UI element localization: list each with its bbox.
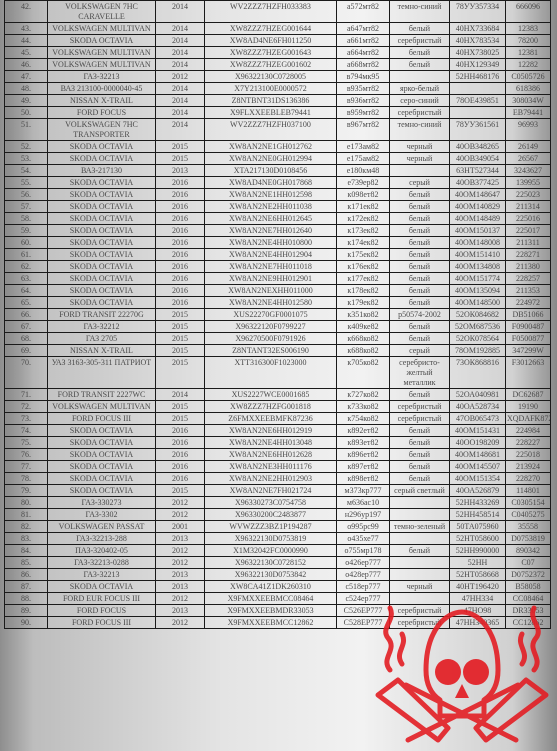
row-number: 48. xyxy=(5,83,48,95)
registration-number: 40ОМ148647 xyxy=(450,189,506,201)
plate-number: о755мр178 xyxy=(337,545,390,557)
vehicle-year: 2012 xyxy=(156,71,205,83)
vehicle-model: SKODA OCTAVIA xyxy=(48,297,156,309)
vehicle-year: 2015 xyxy=(156,345,205,357)
plate-number: е739ер82 xyxy=(337,177,390,189)
row-number: 61. xyxy=(5,249,48,261)
table-row: 42.VOLKSWAGEN 7HC CARAVELLE2014WV2ZZZ7HZ… xyxy=(5,1,551,23)
plate-number: к098ет82 xyxy=(337,189,390,201)
row-number: 59. xyxy=(5,225,48,237)
engine-code: 225023 xyxy=(506,189,551,201)
vehicle-model: ГАЗ-32212 xyxy=(48,321,156,333)
vehicle-year: 2012 xyxy=(156,557,205,569)
vehicle-year: 2016 xyxy=(156,213,205,225)
engine-code: XQDAFK87236 xyxy=(506,413,551,425)
vehicle-year: 2016 xyxy=(156,461,205,473)
registration-number: 47НН334 xyxy=(450,593,506,605)
table-row: 84.ПАЗ-320402-052012X1M32042FC0000990о75… xyxy=(5,545,551,557)
registration-number: 52НТ058600 xyxy=(450,533,506,545)
vehicle-color: черный xyxy=(390,141,450,153)
plate-number: к176ек82 xyxy=(337,261,390,273)
registration-number: 40ОВ349054 xyxy=(450,153,506,165)
table-row: 48.ВАЗ 213100-0000040-452014X7Y213100E00… xyxy=(5,83,551,95)
row-number: 44. xyxy=(5,35,48,47)
row-number: 71. xyxy=(5,389,48,401)
table-row: 46.VOLKSWAGEN MULTIVAN2014XW8ZZZ7HZEG001… xyxy=(5,59,551,71)
vin-number: XW8AD4NE6FH011250 xyxy=(205,35,337,47)
plate-number: к733ко82 xyxy=(337,401,390,413)
registration-number: 78УУ361561 xyxy=(450,119,506,141)
registration-number: 52НН990000 xyxy=(450,545,506,557)
row-number: 60. xyxy=(5,237,48,249)
plate-number: м373кр777 xyxy=(337,485,390,497)
vehicle-color: белый xyxy=(390,249,450,261)
plate-number: о435хе77 xyxy=(337,533,390,545)
vehicle-year: 2016 xyxy=(156,237,205,249)
vehicle-color: белый xyxy=(390,225,450,237)
table-row: 73.FORD FOCUS III2015Z6FMXXEEBMFK87236к7… xyxy=(5,413,551,425)
vehicle-model: SKODA OCTAVIA xyxy=(48,35,156,47)
engine-code: 3243627 xyxy=(506,165,551,177)
vehicle-model: ГАЗ-32213 xyxy=(48,71,156,83)
row-number: 77. xyxy=(5,461,48,473)
registration-number: 52НН458514 xyxy=(450,509,506,521)
vehicle-year: 2014 xyxy=(156,389,205,401)
plate-number: о995рс99 xyxy=(337,521,390,533)
row-number: 74. xyxy=(5,425,48,437)
row-number: 87. xyxy=(5,581,48,593)
vin-number: XW8AN2NE7FH021724 xyxy=(205,485,337,497)
registration-number: 40ОА526879 xyxy=(450,485,506,497)
vehicle-color: р50574-2002 xyxy=(390,309,450,321)
registration-number: 47НН340365 xyxy=(450,617,506,629)
row-number: 75. xyxy=(5,437,48,449)
engine-code: DR33053 xyxy=(506,605,551,617)
engine-code: 228257 xyxy=(506,273,551,285)
row-number: 42. xyxy=(5,1,48,23)
table-row: 63.SKODA OCTAVIA2016XW8AN2NE9HH012901к17… xyxy=(5,273,551,285)
row-number: 53. xyxy=(5,153,48,165)
vin-number: XW8CA41Z1DK260310 xyxy=(205,581,337,593)
vehicle-model: ГАЗ-32213-0288 xyxy=(48,557,156,569)
engine-code: 211311 xyxy=(506,237,551,249)
vehicle-color: ярко-белый xyxy=(390,83,450,95)
engine-code: 114801 xyxy=(506,485,551,497)
row-number: 72. xyxy=(5,401,48,413)
plate-number: в794мк95 xyxy=(337,71,390,83)
vehicle-color: белый xyxy=(390,333,450,345)
engine-code: 225016 xyxy=(506,213,551,225)
table-row: 77.SKODA OCTAVIA2016XW8AN2NE3HH011176к89… xyxy=(5,461,551,473)
row-number: 47. xyxy=(5,71,48,83)
table-row: 90.FORD FOCUS III2012X9FMXXEEBMCC12862С5… xyxy=(5,617,551,629)
row-number: 67. xyxy=(5,321,48,333)
vehicle-model: FORD TRANSIT 2227WC xyxy=(48,389,156,401)
row-number: 85. xyxy=(5,557,48,569)
vin-number: XW8AD4NE0GH017868 xyxy=(205,177,337,189)
vehicle-year: 2016 xyxy=(156,249,205,261)
vehicle-model: NISSAN X-TRAIL xyxy=(48,345,156,357)
plate-number: о426ер777 xyxy=(337,557,390,569)
plate-number: к896ет82 xyxy=(337,449,390,461)
engine-code: 224972 xyxy=(506,297,551,309)
plate-number: к754ко82 xyxy=(337,413,390,425)
vehicle-year: 2012 xyxy=(156,497,205,509)
plate-number: к173ек82 xyxy=(337,225,390,237)
vehicle-color xyxy=(390,165,450,177)
vehicle-table: 42.VOLKSWAGEN 7HC CARAVELLE2014WV2ZZZ7HZ… xyxy=(4,0,551,629)
table-row: 69.NISSAN X-TRAIL2015Z8NTANT32ES006190к6… xyxy=(5,345,551,357)
row-number: 55. xyxy=(5,177,48,189)
vin-number: XW8AN2NE7HH012640 xyxy=(205,225,337,237)
vehicle-color: серый светлый xyxy=(390,485,450,497)
vehicle-color: белый xyxy=(390,545,450,557)
vehicle-model: FORD FOCUS xyxy=(48,605,156,617)
plate-number: к892ет82 xyxy=(337,425,390,437)
registration-number: 40ОВ348265 xyxy=(450,141,506,153)
registration-number: 40ОА528734 xyxy=(450,401,506,413)
vehicle-year: 2013 xyxy=(156,605,205,617)
vehicle-model: SKODA OCTAVIA xyxy=(48,261,156,273)
plate-number: а647мт82 xyxy=(337,23,390,35)
table-row: 54.ВАЗ-2171302013XTA217130D0108456е180км… xyxy=(5,165,551,177)
vehicle-year: 2015 xyxy=(156,485,205,497)
vehicle-model: SKODA OCTAVIA xyxy=(48,485,156,497)
vehicle-model: FORD FOCUS xyxy=(48,107,156,119)
vehicle-year: 2016 xyxy=(156,285,205,297)
vin-number: X96322130C0728152 xyxy=(205,557,337,569)
row-number: 43. xyxy=(5,23,48,35)
vehicle-model: SKODA OCTAVIA xyxy=(48,141,156,153)
vehicle-year: 2016 xyxy=(156,297,205,309)
engine-code: 211314 xyxy=(506,201,551,213)
engine-code: 26149 xyxy=(506,141,551,153)
plate-number: к171ек82 xyxy=(337,201,390,213)
engine-code: 347299W xyxy=(506,345,551,357)
vehicle-year: 2016 xyxy=(156,261,205,273)
vehicle-model: FORD EUR FOCUS III xyxy=(48,593,156,605)
vehicle-color: темно-синий xyxy=(390,119,450,141)
vin-number: XW8ZZZ7HZFG001818 xyxy=(205,401,337,413)
engine-code: 225018 xyxy=(506,449,551,461)
vehicle-year: 2015 xyxy=(156,357,205,389)
registration-number: 52ОМ687536 xyxy=(450,321,506,333)
vehicle-model: VOLKSWAGEN 7HC CARAVELLE xyxy=(48,1,156,23)
vin-number: XW8ZZZ7HZEG001602 xyxy=(205,59,337,71)
vehicle-model: ГАЗ-330273 xyxy=(48,497,156,509)
vehicle-color: белый xyxy=(390,297,450,309)
engine-code: 139955 xyxy=(506,177,551,189)
engine-code: С0505726 xyxy=(506,71,551,83)
vehicle-color xyxy=(390,557,450,569)
row-number: 70. xyxy=(5,357,48,389)
vehicle-year: 2014 xyxy=(156,59,205,71)
table-row: 43.VOLKSWAGEN MULTIVAN2014XW8ZZZ7HZEG001… xyxy=(5,23,551,35)
registration-number: 40ОМ150137 xyxy=(450,225,506,237)
row-number: 63. xyxy=(5,273,48,285)
registration-number: 78ОМ192885 xyxy=(450,345,506,357)
registration-number: 40ОМ134808 xyxy=(450,261,506,273)
table-row: 56.SKODA OCTAVIA2016XW8AN2NE1HH012598к09… xyxy=(5,189,551,201)
registration-number: 47ОВ065473 xyxy=(450,413,506,425)
plate-number: к177ек82 xyxy=(337,273,390,285)
engine-code: 78200 xyxy=(506,35,551,47)
engine-code: DB51066 xyxy=(506,309,551,321)
table-row: 83.ГАЗ-32213-2882013X96322130D0753819о43… xyxy=(5,533,551,545)
engine-code: F3012663 xyxy=(506,357,551,389)
plate-number: к172ек82 xyxy=(337,213,390,225)
table-row: 80.ГАЗ-3302732012X96330273C0754758м636ас… xyxy=(5,497,551,509)
plate-number: к688ко82 xyxy=(337,345,390,357)
plate-number: к727ко82 xyxy=(337,389,390,401)
vehicle-model: SKODA OCTAVIA xyxy=(48,461,156,473)
vehicle-color: серебристый xyxy=(390,617,450,629)
vehicle-color xyxy=(390,533,450,545)
plate-number: с518ер777 xyxy=(337,581,390,593)
engine-code: 666096 xyxy=(506,1,551,23)
registration-number: 52НН xyxy=(450,557,506,569)
vehicle-year: 2016 xyxy=(156,473,205,485)
vehicle-model: FORD FOCUS III xyxy=(48,617,156,629)
vin-number: XW8AN2NE6HH012628 xyxy=(205,449,337,461)
vehicle-color: белый xyxy=(390,437,450,449)
engine-code: 35558 xyxy=(506,521,551,533)
vin-number: XTT316300F1023000 xyxy=(205,357,337,389)
vin-number: XW8AN2NE1HH012598 xyxy=(205,189,337,201)
vehicle-color: белый xyxy=(390,425,450,437)
vehicle-year: 2001 xyxy=(156,521,205,533)
vehicle-year: 2016 xyxy=(156,425,205,437)
engine-code: CC08464 xyxy=(506,593,551,605)
vehicle-model: SKODA OCTAVIA xyxy=(48,437,156,449)
plate-number: в935мт82 xyxy=(337,83,390,95)
row-number: 76. xyxy=(5,449,48,461)
vin-number: XW8AN2NEXHH011000 xyxy=(205,285,337,297)
vehicle-model: VOLKSWAGEN MULTIVAN xyxy=(48,59,156,71)
vin-number: Z8NTBNT31DS136386 xyxy=(205,95,337,107)
vehicle-year: 2014 xyxy=(156,107,205,119)
vehicle-list-sheet: 42.VOLKSWAGEN 7HC CARAVELLE2014WV2ZZZ7HZ… xyxy=(4,0,550,629)
vehicle-model: ГАЗ-32213-288 xyxy=(48,533,156,545)
vehicle-model: SKODA OCTAVIA xyxy=(48,225,156,237)
vehicle-year: 2012 xyxy=(156,617,205,629)
plate-number: к897ет82 xyxy=(337,461,390,473)
vin-number: X1M32042FC0000990 xyxy=(205,545,337,557)
plate-number: к409ке82 xyxy=(337,321,390,333)
plate-number: с524ер777 xyxy=(337,593,390,605)
vehicle-color: белый xyxy=(390,389,450,401)
table-row: 52.SKODA OCTAVIA2015XW8AN2NE1GH012762е17… xyxy=(5,141,551,153)
table-row: 59.SKODA OCTAVIA2016XW8AN2NE7HH012640к17… xyxy=(5,225,551,237)
table-row: 71.FORD TRANSIT 2227WC2014XUS2227WCE0001… xyxy=(5,389,551,401)
vehicle-color: белый xyxy=(390,189,450,201)
vehicle-model: VOLKSWAGEN 7HC TRANSPORTER xyxy=(48,119,156,141)
vehicle-color: темно-зеленый xyxy=(390,521,450,533)
vin-number: X96322130D0753819 xyxy=(205,533,337,545)
vin-number: XW8AN2NE4HH012580 xyxy=(205,297,337,309)
registration-number: 52ОК078564 xyxy=(450,333,506,345)
plate-number: к898ет82 xyxy=(337,473,390,485)
plate-number: к179ек82 xyxy=(337,297,390,309)
table-row: 53.SKODA OCTAVIA2015XW8AN2NE0GH012994е17… xyxy=(5,153,551,165)
registration-number: 52ОК084682 xyxy=(450,309,506,321)
engine-code: С0305154 xyxy=(506,497,551,509)
registration-number: 40НХ129349 xyxy=(450,59,506,71)
table-row: 51.VOLKSWAGEN 7HC TRANSPORTER2014WV2ZZZ7… xyxy=(5,119,551,141)
plate-number: а664мт82 xyxy=(337,47,390,59)
vehicle-color: белый xyxy=(390,201,450,213)
vehicle-year: 2016 xyxy=(156,177,205,189)
engine-code: D0753819 xyxy=(506,533,551,545)
plate-number: о428ер777 xyxy=(337,569,390,581)
vehicle-color: белый xyxy=(390,47,450,59)
plate-number: С526ЕР777 xyxy=(337,605,390,617)
row-number: 49. xyxy=(5,95,48,107)
registration-number: 40ОМ140829 xyxy=(450,201,506,213)
engine-code: С0405275 xyxy=(506,509,551,521)
vehicle-color: белый xyxy=(390,261,450,273)
registration-number xyxy=(450,83,506,95)
vehicle-year: 2016 xyxy=(156,189,205,201)
table-row: 47.ГАЗ-322132012X96322130C0728005в794мк9… xyxy=(5,71,551,83)
row-number: 86. xyxy=(5,569,48,581)
vehicle-color: серо-синий xyxy=(390,95,450,107)
vehicle-model: VOLKSWAGEN MULTIVAN xyxy=(48,23,156,35)
vin-number: XW8AN2NE9HH012901 xyxy=(205,273,337,285)
table-row: 89.FORD FOCUS2013X9FMXXEEBMDR33053С526ЕР… xyxy=(5,605,551,617)
row-number: 65. xyxy=(5,297,48,309)
vin-number: XW8ZZZ7HZEG001644 xyxy=(205,23,337,35)
registration-number: 40ОМ151431 xyxy=(450,425,506,437)
row-number: 66. xyxy=(5,309,48,321)
row-number: 73. xyxy=(5,413,48,425)
registration-number: 40ОМ151774 xyxy=(450,273,506,285)
vehicle-year: 2014 xyxy=(156,47,205,59)
vin-number: X96330273C0754758 xyxy=(205,497,337,509)
row-number: 50. xyxy=(5,107,48,119)
vehicle-year: 2013 xyxy=(156,581,205,593)
vehicle-year: 2015 xyxy=(156,401,205,413)
engine-code: 19190 xyxy=(506,401,551,413)
vin-number: X9FMXXEEBMCC12862 xyxy=(205,617,337,629)
row-number: 80. xyxy=(5,497,48,509)
registration-number: 47НО98 xyxy=(450,605,506,617)
plate-number: к893ет82 xyxy=(337,437,390,449)
row-number: 81. xyxy=(5,509,48,521)
vin-number: XW8AN2NE2HH012903 xyxy=(205,473,337,485)
engine-code: 12383 xyxy=(506,23,551,35)
table-row: 74.SKODA OCTAVIA2016XW8AN2NE6HH012919к89… xyxy=(5,425,551,437)
vehicle-model: SKODA OCTAVIA xyxy=(48,425,156,437)
row-number: 82. xyxy=(5,521,48,533)
registration-number: 40ОМ151354 xyxy=(450,473,506,485)
table-row: 67.ГАЗ-322122015X96322120F0799227к409ке8… xyxy=(5,321,551,333)
engine-code: 213924 xyxy=(506,461,551,473)
vehicle-year: 2016 xyxy=(156,449,205,461)
registration-number: 63НТ527344 xyxy=(450,165,506,177)
vehicle-year: 2015 xyxy=(156,333,205,345)
engine-code: 225017 xyxy=(506,225,551,237)
vehicle-year: 2012 xyxy=(156,545,205,557)
vehicle-year: 2015 xyxy=(156,153,205,165)
vin-number: Z8NTANT32ES006190 xyxy=(205,345,337,357)
registration-number: 52НТ058668 xyxy=(450,569,506,581)
table-row: 75.SKODA OCTAVIA2016XW8AN2NE4HH013048к89… xyxy=(5,437,551,449)
row-number: 84. xyxy=(5,545,48,557)
vin-number: XUS22270GF0001075 xyxy=(205,309,337,321)
row-number: 62. xyxy=(5,261,48,273)
vehicle-color: серебристый xyxy=(390,413,450,425)
vehicle-color: белый xyxy=(390,321,450,333)
vehicle-model: ВАЗ 213100-0000040-45 xyxy=(48,83,156,95)
vehicle-model: SKODA OCTAVIA xyxy=(48,285,156,297)
table-row: 87.SKODA OCTAVIA2013XW8CA41Z1DK260310с51… xyxy=(5,581,551,593)
engine-code: F0500877 xyxy=(506,333,551,345)
vehicle-color: черный xyxy=(390,581,450,593)
engine-code: 228270 xyxy=(506,473,551,485)
vehicle-color: белый xyxy=(390,213,450,225)
vehicle-model: SKODA OCTAVIA xyxy=(48,473,156,485)
vehicle-year: 2012 xyxy=(156,509,205,521)
vehicle-model: SKODA OCTAVIA xyxy=(48,449,156,461)
table-row: 45.VOLKSWAGEN MULTIVAN2014XW8ZZZ7HZEG001… xyxy=(5,47,551,59)
engine-code: 96993 xyxy=(506,119,551,141)
vehicle-model: SKODA OCTAVIA xyxy=(48,201,156,213)
row-number: 54. xyxy=(5,165,48,177)
vehicle-color: черный xyxy=(390,153,450,165)
row-number: 57. xyxy=(5,201,48,213)
vin-number: XW8AN2NE0GH012994 xyxy=(205,153,337,165)
table-row: 78.SKODA OCTAVIA2016XW8AN2NE2HH012903к89… xyxy=(5,473,551,485)
engine-code: 890342 xyxy=(506,545,551,557)
registration-number: 52НН433269 xyxy=(450,497,506,509)
vehicle-color: белый xyxy=(390,449,450,461)
vin-number: X96322120F0799227 xyxy=(205,321,337,333)
row-number: 88. xyxy=(5,593,48,605)
vehicle-model: SKODA OCTAVIA xyxy=(48,581,156,593)
engine-code: 211353 xyxy=(506,285,551,297)
registration-number: 40ОО198209 xyxy=(450,437,506,449)
plate-number: в967мт82 xyxy=(337,119,390,141)
engine-code: 26567 xyxy=(506,153,551,165)
engine-code: 12381 xyxy=(506,47,551,59)
vehicle-model: ГАЗ-32213 xyxy=(48,569,156,581)
registration-number: 50ТА075960 xyxy=(450,521,506,533)
vehicle-year: 2013 xyxy=(156,165,205,177)
registration-number: 40НХ733684 xyxy=(450,23,506,35)
vehicle-color xyxy=(390,569,450,581)
row-number: 90. xyxy=(5,617,48,629)
engine-code: F0900487 xyxy=(506,321,551,333)
vehicle-model: SKODA OCTAVIA xyxy=(48,249,156,261)
table-row: 44.SKODA OCTAVIA2014XW8AD4NE6FH011250а66… xyxy=(5,35,551,47)
registration-number: 40НТ196420 xyxy=(450,581,506,593)
engine-code: 12282 xyxy=(506,59,551,71)
vehicle-color xyxy=(390,593,450,605)
registration-number xyxy=(450,107,506,119)
vehicle-year: 2016 xyxy=(156,437,205,449)
plate-number: в959мт82 xyxy=(337,107,390,119)
vin-number: XW8AN2NE4HH012904 xyxy=(205,249,337,261)
vehicle-color: белый xyxy=(390,273,450,285)
vehicle-model: ВАЗ-217130 xyxy=(48,165,156,177)
vehicle-year: 2015 xyxy=(156,141,205,153)
vehicle-year: 2016 xyxy=(156,201,205,213)
registration-number: 40НХ738025 xyxy=(450,47,506,59)
plate-number: к351ко82 xyxy=(337,309,390,321)
vehicle-year: 2014 xyxy=(156,95,205,107)
table-row: 88.FORD EUR FOCUS III2012X9FMXXEEBMCC084… xyxy=(5,593,551,605)
